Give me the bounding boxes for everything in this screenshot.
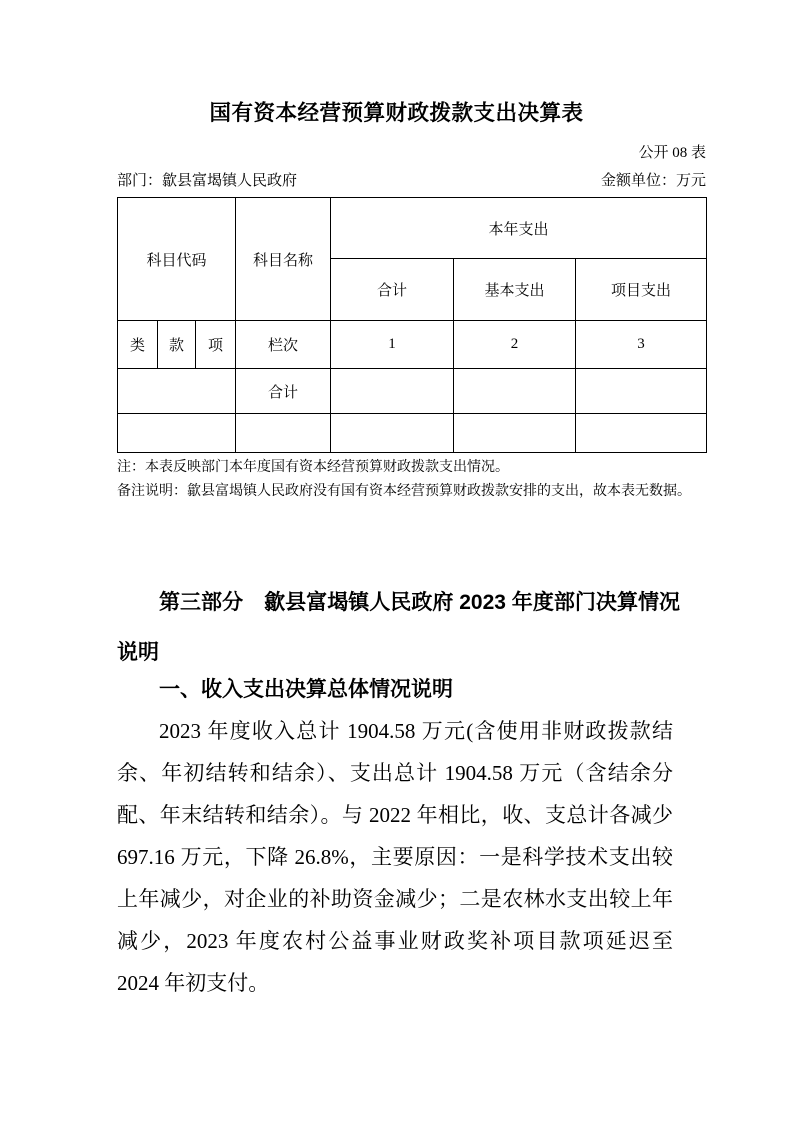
table-notes: 注：本表反映部门本年度国有资本经营预算财政拨款支出情况。 备注说明：歙县富堨镇人… bbox=[117, 456, 717, 503]
section-one-subheading: 一、收入支出决算总体情况说明 bbox=[117, 669, 680, 711]
expenditure-table: 科目代码 科目名称 本年支出 合计 基本支出 项目支出 类 款 项 栏次 1 2… bbox=[117, 197, 707, 453]
row-empty-project bbox=[576, 414, 707, 453]
document-page: 国有资本经营预算财政拨款支出决算表 公开 08 表 部门：歙县富堨镇人民政府 金… bbox=[0, 0, 793, 1122]
row-total-project bbox=[576, 369, 707, 414]
row-total-name: 合计 bbox=[236, 369, 331, 414]
row-total-code bbox=[118, 369, 236, 414]
row-total-basic bbox=[454, 369, 576, 414]
row-empty-total bbox=[331, 414, 454, 453]
section-paragraph: 2023 年度收入总计 1904.58 万元(含使用非财政拨款结余、年初结转和结… bbox=[117, 710, 673, 1004]
lane-section: 款 bbox=[158, 321, 196, 369]
unit-label: 金额单位：万元 bbox=[601, 169, 706, 190]
lane-label: 栏次 bbox=[236, 321, 331, 369]
page-title: 国有资本经营预算财政拨款支出决算表 bbox=[0, 96, 793, 127]
table-meta-row: 部门：歙县富堨镇人民政府 金额单位：万元 bbox=[117, 169, 706, 190]
lane-col-2: 2 bbox=[454, 321, 576, 369]
row-total-total bbox=[331, 369, 454, 414]
header-project-expenditure: 项目支出 bbox=[576, 259, 707, 321]
header-subject-code: 科目代码 bbox=[118, 198, 236, 321]
lane-col-3: 3 bbox=[576, 321, 707, 369]
table-header-row-1: 科目代码 科目名称 本年支出 bbox=[118, 198, 707, 259]
header-total: 合计 bbox=[331, 259, 454, 321]
lane-col-1: 1 bbox=[331, 321, 454, 369]
row-empty-basic bbox=[454, 414, 576, 453]
lane-category: 类 bbox=[118, 321, 158, 369]
header-subject-name: 科目名称 bbox=[236, 198, 331, 321]
row-empty-name bbox=[236, 414, 331, 453]
table-row bbox=[118, 414, 707, 453]
lane-item: 项 bbox=[196, 321, 236, 369]
table-row: 合计 bbox=[118, 369, 707, 414]
table-note-1: 注：本表反映部门本年度国有资本经营预算财政拨款支出情况。 bbox=[117, 456, 717, 480]
table-note-2: 备注说明：歙县富堨镇人民政府没有国有资本经营预算财政拨款安排的支出，故本表无数据… bbox=[117, 480, 717, 504]
table-lane-row: 类 款 项 栏次 1 2 3 bbox=[118, 321, 707, 369]
header-basic-expenditure: 基本支出 bbox=[454, 259, 576, 321]
table-code-label: 公开 08 表 bbox=[117, 141, 706, 162]
header-current-year-expenditure: 本年支出 bbox=[331, 198, 707, 259]
section-three-heading: 第三部分 歙县富堨镇人民政府 2023 年度部门决算情况说明 bbox=[117, 578, 680, 678]
row-empty-code bbox=[118, 414, 236, 453]
department-label: 部门：歙县富堨镇人民政府 bbox=[117, 169, 297, 190]
